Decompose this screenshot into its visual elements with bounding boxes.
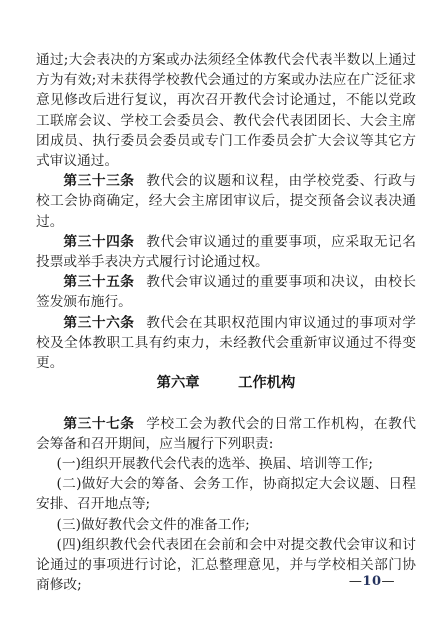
article-36-number: 第三十六条 [63,315,134,331]
document-page: 通过;大会表决的方案或办法须经全体教代会代表半数以上通过方为有效;对未获得学校教… [0,0,447,635]
article-35: 第三十五条教代会审议通过的重要事项和决议，由校长签发颁布施行。 [36,272,416,312]
article-33: 第三十三条教代会的议题和议程，由学校党委、行政与校工会协商确定，经大会主席团审议… [36,171,416,232]
article-33-number: 第三十三条 [63,173,134,189]
article-35-number: 第三十五条 [63,274,134,290]
article-37-number: 第三十七条 [63,416,134,432]
chapter-title: 工作机构 [238,375,295,391]
document-body: 通过;大会表决的方案或办法须经全体教代会代表半数以上通过方为有效;对未获得学校教… [36,50,416,595]
duty-item-1: (一)组织开展教代会代表的选举、换届、培训等工作; [36,454,416,474]
article-34: 第三十四条教代会审议通过的重要事项，应采取无记名投票或举手表决方式履行讨论通过权… [36,232,416,272]
page-number-left-dash: — [349,574,363,589]
duty-item-2: (二)做好大会的筹备、会务工作，协商拟定大会议题、日程安排、召开地点等; [36,474,416,514]
page-number: —10— [349,574,395,589]
page-number-right-dash: — [382,574,396,589]
page-number-value: 10 [362,574,381,589]
chapter-heading: 第六章工作机构 [36,373,416,393]
chapter-number: 第六章 [157,375,200,391]
duty-item-3: (三)做好教代会文件的准备工作; [36,515,416,535]
article-34-number: 第三十四条 [63,234,134,250]
article-36: 第三十六条教代会在其职权范围内审议通过的事项对学校及全体教职工具有约束力，未经教… [36,313,416,374]
paragraph-continuation: 通过;大会表决的方案或办法须经全体教代会代表半数以上通过方为有效;对未获得学校教… [36,50,416,171]
article-37: 第三十七条学校工会为教代会的日常工作机构，在教代会筹备和召开期间，应当履行下列职… [36,414,416,454]
